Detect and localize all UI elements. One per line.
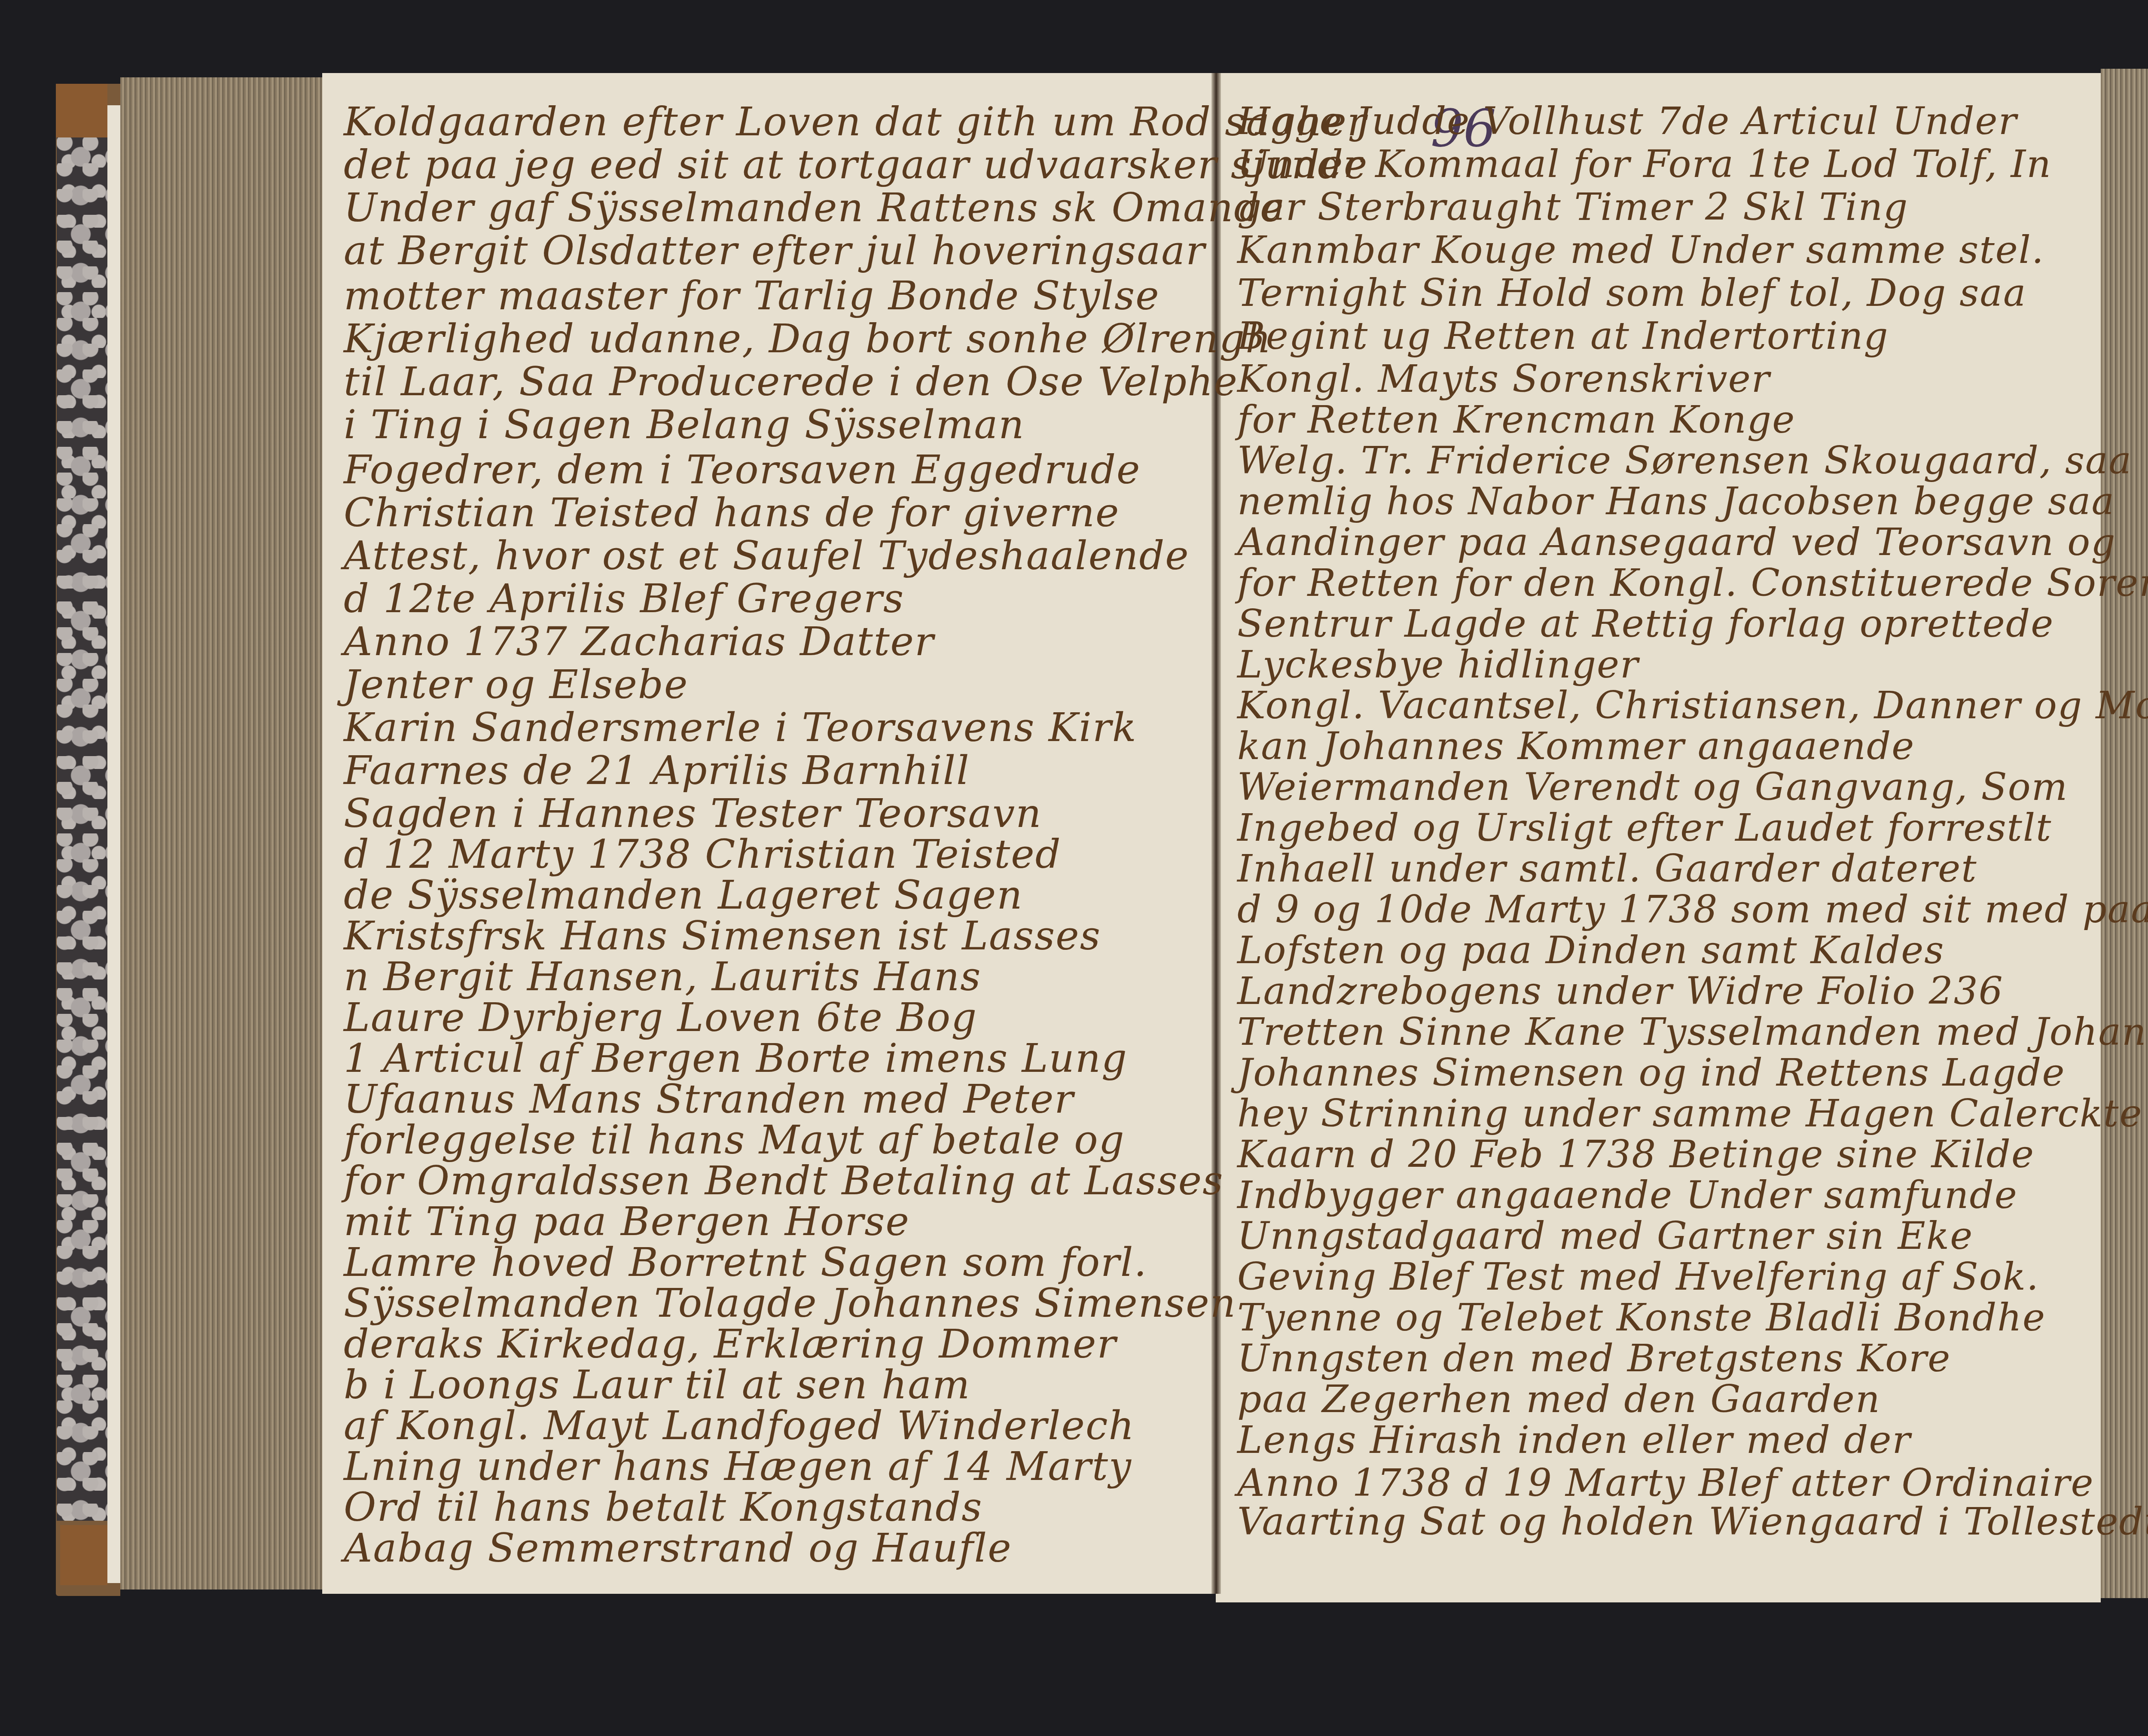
text-line: Ternight Sin Hold som blef tol, Dog saa: [1237, 271, 2026, 315]
book-gutter: [1211, 73, 1221, 1594]
text-line: Hage Judde Vollhust 7de Articul Under: [1237, 99, 2017, 143]
text-line: Under gaf Sÿsselmanden Rattens sk Omande: [344, 185, 1285, 231]
text-line: deraks Kirkedag, Erklæring Dommer: [344, 1321, 1117, 1367]
text-line: Sentrur Lagde at Rettig forlag oprettede: [1237, 601, 2054, 646]
text-line: til Laar, Saa Producerede i den Ose Velp…: [344, 359, 1238, 405]
text-line: for Retten for den Kongl. Constituerede …: [1237, 561, 2148, 605]
text-line: Karin Sandersmerle i Teorsavens Kirk: [344, 705, 1137, 751]
text-line: Attest, hvor ost et Saufel Tydeshaalende: [344, 533, 1190, 579]
text-line: Lofsten og paa Dinden samt Kaldes: [1237, 928, 1945, 972]
text-line: n Bergit Hansen, Laurits Hans: [344, 954, 981, 1000]
text-line: Koldgaarden efter Loven dat gith um Rod …: [344, 99, 1367, 145]
text-line: d 12te Aprilis Blef Gregers: [344, 576, 904, 622]
text-line: mit Ting paa Bergen Horse: [344, 1199, 910, 1245]
text-line: d 12 Marty 1738 Christian Teisted: [344, 831, 1062, 877]
text-line: Under Kommaal for Fora 1te Lod Tolf, In: [1237, 142, 2052, 186]
text-line: Johannes Simensen og ind Rettens Lagde: [1237, 1050, 2065, 1095]
text-line: nemlig hos Nabor Hans Jacobsen begge saa: [1237, 479, 2115, 523]
text-line: Christian Teisted hans de for giverne: [344, 490, 1120, 536]
text-line: Welg. Tr. Friderice Sørensen Skougaard, …: [1237, 438, 2132, 482]
text-line: Ufaanus Mans Stranden med Peter: [344, 1076, 1074, 1122]
text-line: Kjærlighed udanne, Dag bort sonhe Ølreng…: [344, 316, 1272, 362]
text-line: forleggelse til hans Mayt af betale og: [344, 1117, 1125, 1163]
text-line: Ord til hans betalt Kongstands: [344, 1484, 982, 1530]
text-line: Landzrebogens under Widre Folio 236: [1237, 969, 2004, 1013]
text-line: Weiermanden Verendt og Gangvang, Som: [1237, 765, 2068, 809]
text-line: det paa jeg eed sit at tortgaar udvaarsk…: [344, 142, 1368, 188]
text-line: at Bergit Olsdatter efter jul hoveringsa…: [344, 228, 1205, 274]
text-line: Anno 1737 Zacharias Datter: [344, 619, 934, 665]
text-line: Kongl. Mayts Sorenskriver: [1237, 357, 1770, 401]
flyleaf-strip: [107, 105, 120, 1583]
text-line: Begint ug Retten at Indertorting: [1237, 314, 1889, 358]
text-line: Tretten Sinne Kane Tysselmanden med Joha…: [1237, 1010, 2148, 1054]
text-line: Laure Dyrbjerg Loven 6te Bog: [344, 995, 977, 1040]
text-line: 1 Articul af Bergen Borte imens Lung: [344, 1035, 1128, 1081]
text-line: Unngsten den med Bretgstens Kore: [1237, 1336, 1951, 1380]
text-line: Kanmbar Kouge med Under samme stel.: [1237, 228, 2044, 272]
text-line: Lamre hoved Borretnt Sagen som forl.: [344, 1239, 1147, 1285]
text-line: Vaarting Sat og holden Wiengaard i Tolle…: [1237, 1499, 2148, 1544]
text-line: for Retten Krencman Konge: [1237, 397, 1795, 442]
text-line: Aandinger paa Aansegaard ved Teorsavn og: [1237, 520, 2116, 564]
text-line: af Kongl. Mayt Landfoged Winderlech: [344, 1403, 1135, 1449]
text-line: Lning under hans Hægen af 14 Marty: [344, 1443, 1132, 1489]
text-line: d 9 og 10de Marty 1738 som med sit med p…: [1237, 887, 2148, 931]
text-line: i Ting i Sagen Belang Sÿsselman: [344, 402, 1025, 448]
page-edges-left: [120, 77, 322, 1590]
text-line: Sÿsselmanden Tolagde Johannes Simensen: [344, 1280, 1236, 1326]
leather-corner-top: [56, 84, 107, 137]
text-line: Aabag Semmerstrand og Haufle: [344, 1525, 1012, 1571]
text-line: Kaarn d 20 Feb 1738 Betinge sine Kilde: [1237, 1132, 2035, 1176]
text-line: kan Johannes Kommer angaaende: [1237, 724, 1915, 768]
text-line: Sagden i Hannes Tester Teorsavn: [344, 790, 1042, 836]
text-line: Lengs Hirash inden eller med der: [1237, 1418, 1911, 1462]
page-edges-right: [2101, 69, 2148, 1598]
text-line: for Omgraldssen Bendt Betaling at Lasses: [344, 1158, 1224, 1204]
text-line: de Sÿsselmanden Lageret Sagen: [344, 872, 1023, 918]
marbled-paper-cover: [57, 137, 107, 1521]
text-line: hey Strinning under samme Hagen Calerckt…: [1237, 1091, 2143, 1135]
text-line: Geving Blef Test med Hvelfering af Sok.: [1237, 1254, 2039, 1299]
text-line: Kristsfrsk Hans Simensen ist Lasses: [344, 913, 1101, 959]
text-line: Indbygger angaaende Under samfunde: [1237, 1173, 2018, 1217]
text-line: Jenter og Elsebe: [344, 662, 688, 708]
text-line: b i Loongs Laur til at sen ham: [344, 1362, 970, 1408]
text-line: paa Zegerhen med den Gaarden: [1237, 1377, 1881, 1421]
text-line: Inhaell under samtl. Gaarder dateret: [1237, 846, 1977, 891]
leather-corner-bottom: [60, 1525, 107, 1585]
text-line: motter maaster for Tarlig Bonde Stylse: [344, 273, 1160, 319]
text-line: Fogedrer, dem i Teorsaven Eggedrude: [344, 447, 1141, 493]
text-line: Kongl. Vacantsel, Christiansen, Danner o…: [1237, 683, 2148, 727]
text-line: Lyckesbye hidlinger: [1237, 642, 1639, 686]
text-line: Ingebed og Ursligt efter Laudet forrestl…: [1237, 805, 2052, 850]
text-line: gar Sterbraught Timer 2 Skl Ting: [1237, 185, 1908, 229]
text-line: Unngstadgaard med Gartner sin Eke: [1237, 1214, 1973, 1258]
text-line: Faarnes de 21 Aprilis Barnhill: [344, 747, 970, 793]
text-line: Tyenne og Telebet Konste Bladli Bondhe: [1237, 1295, 2046, 1339]
text-line: Anno 1738 d 19 Marty Blef atter Ordinair…: [1237, 1461, 2094, 1505]
